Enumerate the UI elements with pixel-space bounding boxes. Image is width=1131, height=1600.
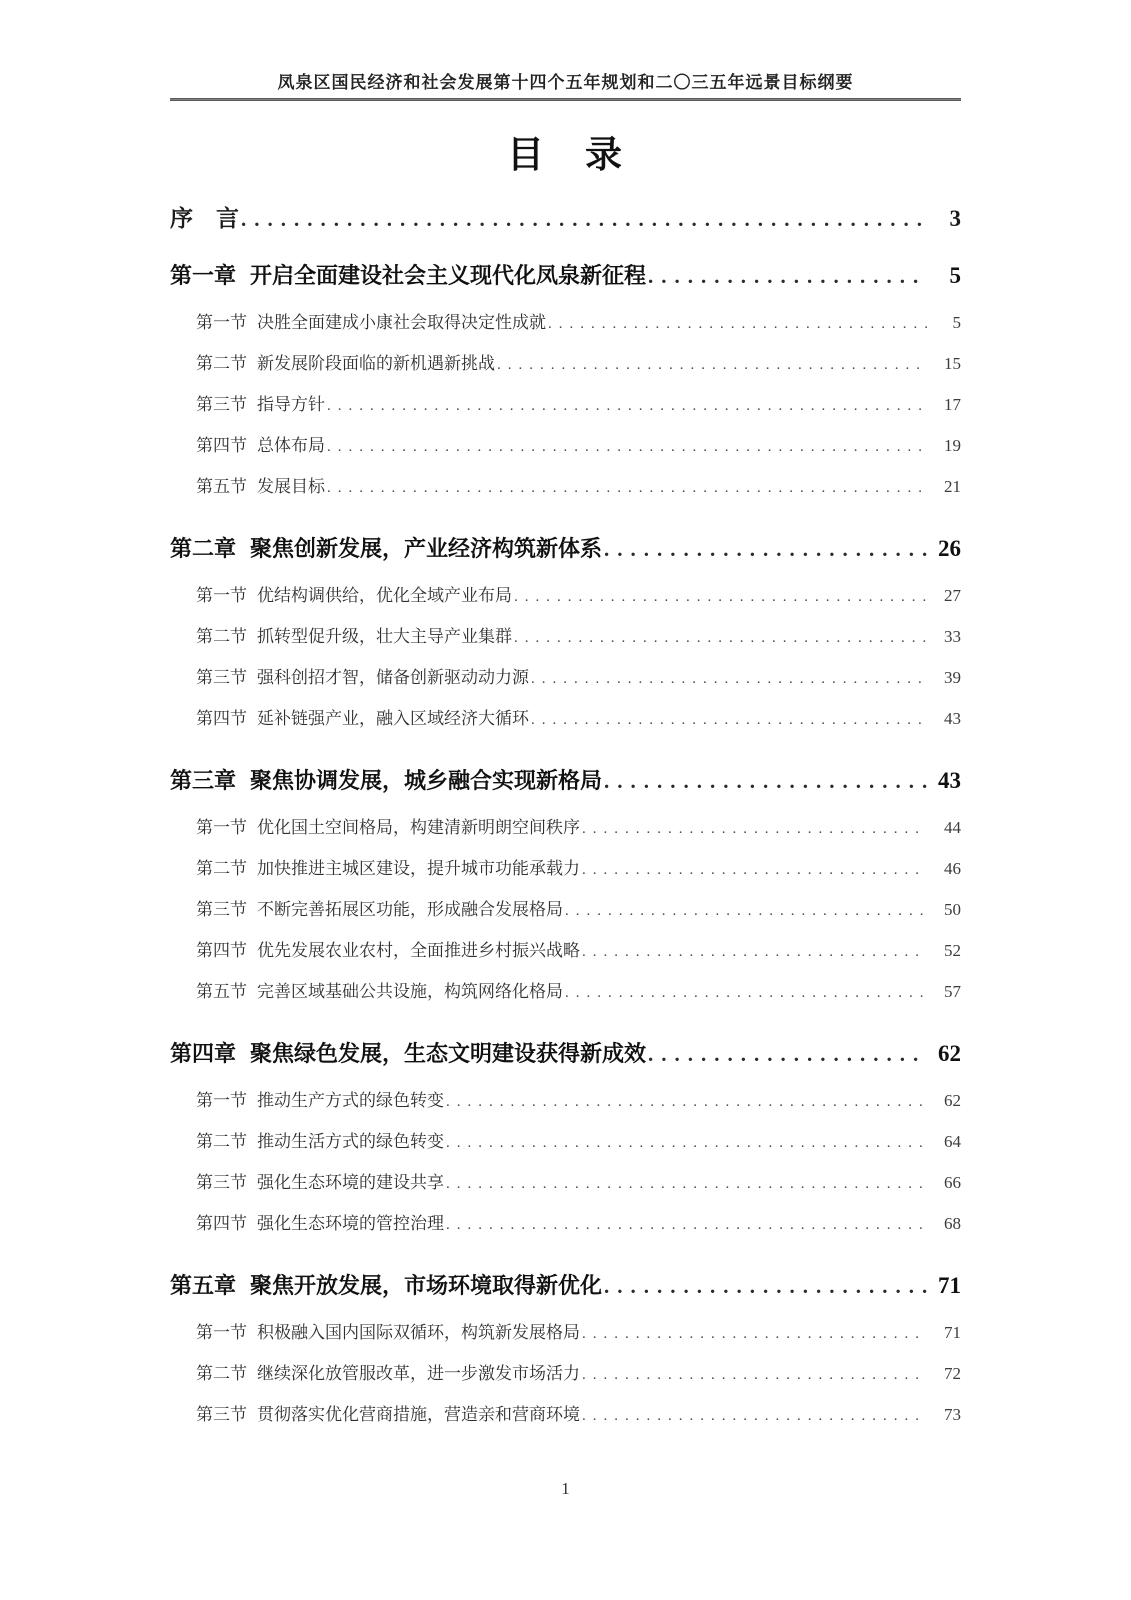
section-number: 第五节 bbox=[196, 477, 247, 497]
footer-page-number: 1 bbox=[561, 1479, 570, 1498]
page-number: 43 bbox=[931, 764, 961, 798]
dot-leader bbox=[514, 627, 927, 648]
section-title: 推动生产方式的绿色转变 bbox=[257, 1091, 444, 1111]
section-title: 贯彻落实优化营商措施，营造亲和营商环境 bbox=[257, 1405, 580, 1425]
toc-entry-preface: 序 言 3 bbox=[170, 203, 961, 235]
chapter-number: 第二章 bbox=[170, 532, 236, 566]
section-number: 第五节 bbox=[196, 982, 247, 1002]
dot-leader bbox=[582, 1364, 927, 1385]
section-title: 积极融入国内国际双循环，构筑新发展格局 bbox=[257, 1323, 580, 1343]
page-footer: 1 bbox=[0, 1479, 1131, 1499]
entry-label: 序 言 bbox=[170, 203, 239, 235]
toc-entry-section: 第四节 强化生态环境的管控治理 68 bbox=[170, 1204, 961, 1245]
section-title: 推动生活方式的绿色转变 bbox=[257, 1132, 444, 1152]
toc-entry-section: 第二节 加快推进主城区建设，提升城市功能承载力 46 bbox=[170, 849, 961, 890]
toc-entry-section: 第三节 强化生态环境的建设共享 66 bbox=[170, 1163, 961, 1204]
page-number: 46 bbox=[931, 859, 961, 879]
section-title: 完善区域基础公共设施，构筑网络化格局 bbox=[257, 982, 563, 1002]
dot-leader bbox=[604, 764, 927, 798]
dot-leader bbox=[648, 1037, 927, 1071]
section-number: 第二节 bbox=[196, 354, 247, 374]
header-title: 凤泉区国民经济和社会发展第十四个五年规划和二〇三五年远景目标纲要 bbox=[170, 68, 961, 93]
toc-entry-section: 第一节 推动生产方式的绿色转变 62 bbox=[170, 1081, 961, 1122]
dot-leader bbox=[565, 982, 927, 1003]
section-number: 第一节 bbox=[196, 818, 247, 838]
header-divider bbox=[170, 98, 961, 101]
section-number: 第三节 bbox=[196, 668, 247, 688]
table-of-contents: 序 言 3 第一章 开启全面建设社会主义现代化凤泉新征程 5 第一节 决胜全面建… bbox=[0, 203, 1131, 1436]
chapter-number: 第四章 bbox=[170, 1037, 236, 1071]
page-number: 26 bbox=[931, 532, 961, 566]
section-number: 第二节 bbox=[196, 1364, 247, 1384]
toc-title: 目 录 bbox=[0, 134, 1131, 178]
chapter-title: 开启全面建设社会主义现代化凤泉新征程 bbox=[250, 259, 646, 293]
section-title: 强化生态环境的管控治理 bbox=[257, 1214, 444, 1234]
section-number: 第四节 bbox=[196, 709, 247, 729]
dot-leader bbox=[582, 1323, 927, 1344]
page-header: 凤泉区国民经济和社会发展第十四个五年规划和二〇三五年远景目标纲要 bbox=[0, 0, 1131, 101]
page-number: 21 bbox=[931, 477, 961, 497]
section-number: 第三节 bbox=[196, 1173, 247, 1193]
toc-entry-section: 第二节 推动生活方式的绿色转变 64 bbox=[170, 1122, 961, 1163]
toc-entry-section: 第四节 总体布局 19 bbox=[170, 426, 961, 467]
dot-leader bbox=[548, 313, 927, 334]
toc-entry-section: 第一节 积极融入国内国际双循环，构筑新发展格局 71 bbox=[170, 1313, 961, 1354]
page-number: 5 bbox=[931, 259, 961, 293]
section-title: 发展目标 bbox=[257, 477, 325, 497]
section-title: 新发展阶段面临的新机遇新挑战 bbox=[257, 354, 495, 374]
chapter-number: 第五章 bbox=[170, 1269, 236, 1303]
toc-entry-section: 第三节 强科创招才智，储备创新驱动动力源 39 bbox=[170, 658, 961, 699]
dot-leader bbox=[582, 941, 927, 962]
page-number: 71 bbox=[931, 1269, 961, 1303]
section-number: 第三节 bbox=[196, 900, 247, 920]
section-number: 第一节 bbox=[196, 1091, 247, 1111]
page-number: 43 bbox=[931, 709, 961, 729]
toc-entry-section: 第三节 不断完善拓展区功能，形成融合发展格局 50 bbox=[170, 890, 961, 931]
dot-leader bbox=[497, 354, 927, 375]
section-title: 不断完善拓展区功能，形成融合发展格局 bbox=[257, 900, 563, 920]
toc-entry-section: 第一节 优化国土空间格局，构建清新明朗空间秩序 44 bbox=[170, 808, 961, 849]
toc-entry-chapter-5: 第五章 聚焦开放发展，市场环境取得新优化 71 bbox=[170, 1269, 961, 1303]
dot-leader bbox=[446, 1214, 927, 1235]
toc-entry-section: 第五节 完善区域基础公共设施，构筑网络化格局 57 bbox=[170, 972, 961, 1013]
page-number: 52 bbox=[931, 941, 961, 961]
section-title: 优先发展农业农村，全面推进乡村振兴战略 bbox=[257, 941, 580, 961]
dot-leader bbox=[531, 709, 927, 730]
dot-leader bbox=[582, 859, 927, 880]
page-number: 39 bbox=[931, 668, 961, 688]
section-number: 第一节 bbox=[196, 586, 247, 606]
section-title: 指导方针 bbox=[257, 395, 325, 415]
page-number: 27 bbox=[931, 586, 961, 606]
dot-leader bbox=[514, 586, 927, 607]
page-number: 66 bbox=[931, 1173, 961, 1193]
page-number: 62 bbox=[931, 1037, 961, 1071]
page-number: 50 bbox=[931, 900, 961, 920]
toc-entry-section: 第二节 新发展阶段面临的新机遇新挑战 15 bbox=[170, 344, 961, 385]
section-number: 第二节 bbox=[196, 859, 247, 879]
toc-entry-section: 第三节 指导方针 17 bbox=[170, 385, 961, 426]
dot-leader bbox=[582, 818, 927, 839]
chapter-number: 第三章 bbox=[170, 764, 236, 798]
dot-leader bbox=[531, 668, 927, 689]
dot-leader bbox=[446, 1173, 927, 1194]
dot-leader bbox=[446, 1132, 927, 1153]
toc-entry-section: 第二节 抓转型促升级，壮大主导产业集群 33 bbox=[170, 617, 961, 658]
toc-entry-section: 第四节 延补链强产业，融入区域经济大循环 43 bbox=[170, 699, 961, 740]
page-number: 62 bbox=[931, 1091, 961, 1111]
page-number: 33 bbox=[931, 627, 961, 647]
page-number: 5 bbox=[931, 313, 961, 333]
section-number: 第一节 bbox=[196, 1323, 247, 1343]
document-page: 凤泉区国民经济和社会发展第十四个五年规划和二〇三五年远景目标纲要 目 录 序 言… bbox=[0, 0, 1131, 1600]
toc-entry-section: 第二节 继续深化放管服改革，进一步激发市场活力 72 bbox=[170, 1354, 961, 1395]
section-title: 优结构调供给，优化全域产业布局 bbox=[257, 586, 512, 606]
section-title: 强科创招才智，储备创新驱动动力源 bbox=[257, 668, 529, 688]
section-number: 第三节 bbox=[196, 395, 247, 415]
page-number: 15 bbox=[931, 354, 961, 374]
dot-leader bbox=[446, 1091, 927, 1112]
dot-leader bbox=[648, 259, 927, 293]
dot-leader bbox=[582, 1405, 927, 1426]
page-number: 71 bbox=[931, 1323, 961, 1343]
toc-entry-chapter-4: 第四章 聚焦绿色发展，生态文明建设获得新成效 62 bbox=[170, 1037, 961, 1071]
page-number: 72 bbox=[931, 1364, 961, 1384]
section-title: 总体布局 bbox=[257, 436, 325, 456]
page-number: 57 bbox=[931, 982, 961, 1002]
dot-leader bbox=[604, 1269, 927, 1303]
section-number: 第四节 bbox=[196, 436, 247, 456]
page-number: 73 bbox=[931, 1405, 961, 1425]
section-number: 第二节 bbox=[196, 1132, 247, 1152]
section-title: 强化生态环境的建设共享 bbox=[257, 1173, 444, 1193]
section-number: 第一节 bbox=[196, 313, 247, 333]
toc-entry-section: 第一节 决胜全面建成小康社会取得决定性成就 5 bbox=[170, 303, 961, 344]
section-number: 第三节 bbox=[196, 1405, 247, 1425]
dot-leader bbox=[327, 436, 927, 457]
page-number: 68 bbox=[931, 1214, 961, 1234]
toc-entry-section: 第五节 发展目标 21 bbox=[170, 467, 961, 508]
toc-entry-section: 第一节 优结构调供给，优化全域产业布局 27 bbox=[170, 576, 961, 617]
section-title: 决胜全面建成小康社会取得决定性成就 bbox=[257, 313, 546, 333]
section-title: 抓转型促升级，壮大主导产业集群 bbox=[257, 627, 512, 647]
dot-leader bbox=[604, 532, 927, 566]
section-number: 第四节 bbox=[196, 1214, 247, 1234]
section-title: 继续深化放管服改革，进一步激发市场活力 bbox=[257, 1364, 580, 1384]
page-number: 64 bbox=[931, 1132, 961, 1152]
toc-entry-chapter-2: 第二章 聚焦创新发展，产业经济构筑新体系 26 bbox=[170, 532, 961, 566]
chapter-number: 第一章 bbox=[170, 259, 236, 293]
page-number: 19 bbox=[931, 436, 961, 456]
toc-entry-chapter-3: 第三章 聚焦协调发展，城乡融合实现新格局 43 bbox=[170, 764, 961, 798]
page-number: 3 bbox=[931, 203, 961, 235]
section-title: 延补链强产业，融入区域经济大循环 bbox=[257, 709, 529, 729]
dot-leader bbox=[327, 477, 927, 498]
toc-entry-chapter-1: 第一章 开启全面建设社会主义现代化凤泉新征程 5 bbox=[170, 259, 961, 293]
chapter-title: 聚焦创新发展，产业经济构筑新体系 bbox=[250, 532, 602, 566]
dot-leader bbox=[327, 395, 927, 416]
section-title: 优化国土空间格局，构建清新明朗空间秩序 bbox=[257, 818, 580, 838]
section-number: 第二节 bbox=[196, 627, 247, 647]
chapter-title: 聚焦绿色发展，生态文明建设获得新成效 bbox=[250, 1037, 646, 1071]
chapter-title: 聚焦开放发展，市场环境取得新优化 bbox=[250, 1269, 602, 1303]
dot-leader bbox=[241, 203, 927, 235]
toc-entry-section: 第四节 优先发展农业农村，全面推进乡村振兴战略 52 bbox=[170, 931, 961, 972]
toc-entry-section: 第三节 贯彻落实优化营商措施，营造亲和营商环境 73 bbox=[170, 1395, 961, 1436]
page-number: 17 bbox=[931, 395, 961, 415]
section-title: 加快推进主城区建设，提升城市功能承载力 bbox=[257, 859, 580, 879]
dot-leader bbox=[565, 900, 927, 921]
page-number: 44 bbox=[931, 818, 961, 838]
section-number: 第四节 bbox=[196, 941, 247, 961]
chapter-title: 聚焦协调发展，城乡融合实现新格局 bbox=[250, 764, 602, 798]
